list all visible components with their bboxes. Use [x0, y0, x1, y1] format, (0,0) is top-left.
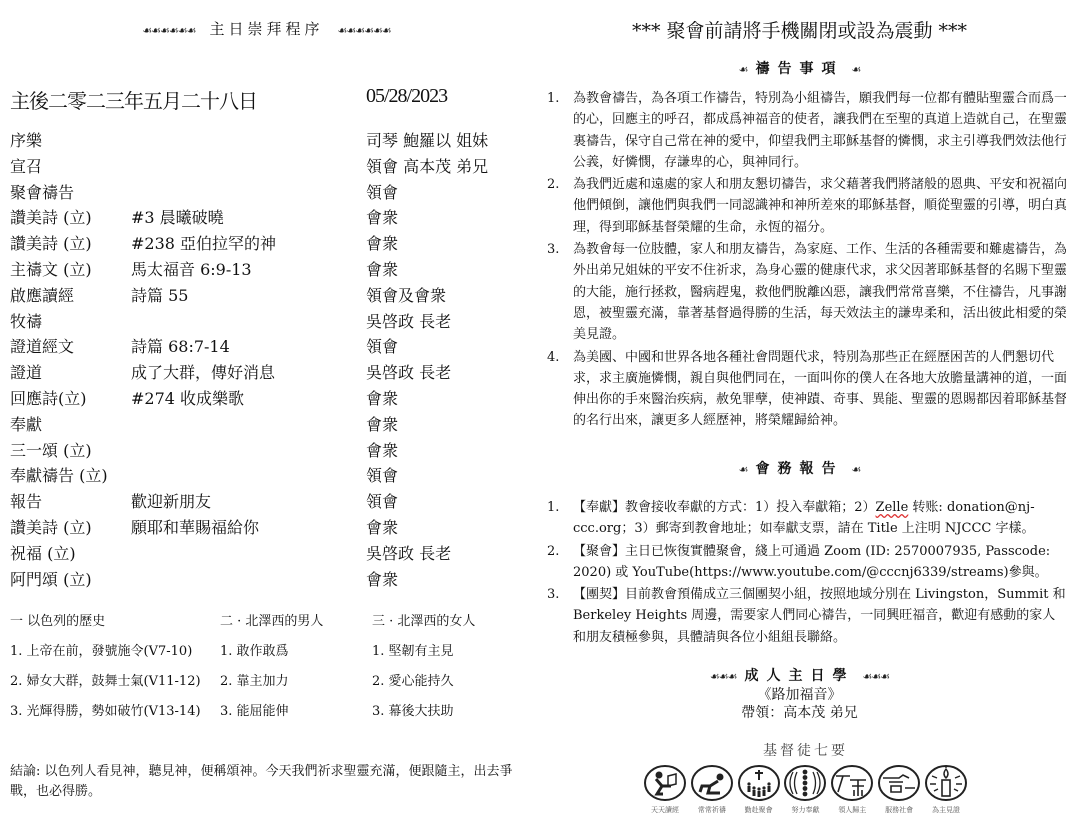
order-item: 祝福 (立) [10, 543, 76, 565]
sermon-outline: 一 以色列的歷史 二 · 北澤西的男人 三 · 北澤西的女人 1. 上帝在前，發… [10, 610, 530, 730]
order-item: 聚會禱告 [10, 182, 74, 204]
report-item: 1.【奉獻】教會接收奉獻的方式：1）投入奉獻箱；2）Zelle 转账: dona… [547, 497, 1066, 540]
order-detail: 詩篇 55 [131, 285, 188, 307]
essential-label: 服務社會 [885, 805, 913, 815]
order-leader: 領會 高本茂 弟兄 [366, 156, 488, 178]
ornament-icon: ☙☙☙ [863, 670, 890, 683]
order-detail: #3 晨曦破曉 [131, 207, 224, 229]
order-item: 牧禱 [10, 311, 42, 333]
outline-point: 3. 能屈能伸 [220, 700, 289, 719]
order-item: 啟應讀經 [10, 285, 74, 307]
zelle-text: Zelle [876, 500, 909, 515]
item-text: 為我們近處和遠處的家人和朋友懇切禱告，求父藉著我們將諸般的恩典、平安和祝福向他們… [573, 177, 1066, 235]
order-item: 證道經文 [10, 336, 74, 358]
order-detail: 歡迎新朋友 [131, 491, 211, 513]
church-gathering-icon [737, 764, 781, 802]
item-text: 為教會每一位肢體，家人和朋友禱告，為家庭、工作、生活的各種需要和難處禱告，為外出… [573, 242, 1066, 342]
order-row: 牧禱吳啓政 長老 [10, 311, 530, 337]
order-item: 證道 [10, 362, 42, 384]
essential-item: 為主見證 [924, 764, 968, 815]
report-item: 3.【團契】目前教會預備成立三個團契小組，按照地域分別在 Livingston，… [547, 584, 1066, 648]
order-item: 回應詩(立) [10, 388, 87, 410]
order-leader: 會衆 [366, 259, 398, 281]
order-leader: 吳啓政 長老 [366, 362, 451, 384]
outline-points-row: 1. 上帝在前，發號施令(V7-10) 1. 敢作敢爲 1. 堅韌有主見 [10, 640, 530, 670]
order-row: 證道成了大群，傳好消息吳啓政 長老 [10, 362, 530, 388]
essential-item: 常常祈禱 [690, 764, 734, 815]
order-leader: 會衆 [366, 207, 398, 229]
outline-points-row: 2. 婦女大群，鼓舞士氣(V11-12) 2. 靠主加力 2. 愛心能持久 [10, 670, 530, 700]
order-leader: 領會 [366, 182, 398, 204]
essential-label: 領人歸主 [838, 805, 866, 815]
kneeling-prayer-icon [690, 764, 734, 802]
heading-text: 成人主日學 [745, 668, 855, 684]
order-row: 奉獻禱告 (立)領會 [10, 465, 530, 491]
ornament-icon: ☙☙☙☙☙☙ [338, 24, 391, 37]
order-leader: 領會 [366, 491, 398, 513]
order-leader: 領會及會衆 [366, 285, 446, 307]
order-row: 讚美詩 (立)#3 晨曦破曉會衆 [10, 207, 530, 233]
order-leader: 領會 [366, 465, 398, 487]
order-item: 讚美詩 (立) [10, 207, 92, 229]
order-leader: 會衆 [366, 517, 398, 539]
order-item: 讚美詩 (立) [10, 233, 92, 255]
item-number: 3. [547, 239, 559, 260]
prayer-list: 1.為教會禱告，為各項工作禱告，特別為小組禱告，願我們每一位都有體貼聖靈合而爲一… [547, 88, 1066, 433]
order-row: 三一頌 (立)會衆 [10, 440, 530, 466]
ornament-icon: ☙ [739, 463, 748, 476]
outline-point: 1. 上帝在前，發號施令(V7-10) [10, 640, 192, 659]
order-detail: 願耶和華賜福給你 [131, 517, 259, 539]
order-item: 主禱文 (立) [10, 259, 92, 281]
prayer-item: 1.為教會禱告，為各項工作禱告，特別為小組禱告，願我們每一位都有體貼聖靈合而爲一… [547, 88, 1066, 173]
prayer-item: 3.為教會每一位肢體，家人和朋友禱告，為家庭、工作、生活的各種需要和難處禱告，為… [547, 239, 1066, 345]
prayer-item: 2.為我們近處和遠處的家人和朋友懇切禱告，求父藉著我們將諸般的恩典、平安和祝福向… [547, 174, 1066, 238]
order-leader: 領會 [366, 336, 398, 358]
essential-label: 天天讀經 [651, 805, 679, 815]
adult-school-book: 《路加福音》 [533, 686, 1066, 704]
seven-essentials-title: 基督徒七要 [643, 740, 968, 760]
adult-school-leader: 帶領：高本茂 弟兄 [533, 704, 1066, 722]
order-item: 序樂 [10, 130, 42, 152]
outline-point: 3. 幕後大扶助 [372, 700, 454, 719]
item-number: 2. [547, 541, 559, 562]
essential-item: 領人歸主 [830, 764, 874, 815]
order-row: 聚會禱告領會 [10, 182, 530, 208]
outline-point: 2. 靠主加力 [220, 670, 289, 689]
order-row: 讚美詩 (立)#238 亞伯拉罕的神會衆 [10, 233, 530, 259]
essential-label: 努力奉獻 [791, 805, 819, 815]
announcements-page: *** 聚會前請將手機關閉或設為震動 *** ☙禱告事項☙ 1.為教會禱告，為各… [533, 0, 1066, 823]
lead-to-lord-icon [830, 764, 874, 802]
order-row: 讚美詩 (立)願耶和華賜福給你會衆 [10, 517, 530, 543]
ornament-icon: ☙☙☙ [710, 670, 737, 683]
order-row: 序樂司琴 鮑羅以 姐妹 [10, 130, 530, 156]
phone-notice: *** 聚會前請將手機關閉或設為震動 *** [533, 16, 1066, 43]
offering-fish-icon [783, 764, 827, 802]
order-leader: 會衆 [366, 388, 398, 410]
order-row: 回應詩(立)#274 收成樂歌會衆 [10, 388, 530, 414]
order-leader: 會衆 [366, 569, 398, 591]
seven-essentials: 基督徒七要 天天讀經 常常祈禱 勤赴聚會 努力奉獻 領人歸主 [643, 740, 968, 815]
seven-essentials-icons: 天天讀經 常常祈禱 勤赴聚會 努力奉獻 領人歸主 服務社會 [643, 764, 968, 815]
title-text: 主日崇拜程序 [209, 20, 323, 38]
order-row: 祝福 (立)吳啓政 長老 [10, 543, 530, 569]
order-leader: 司琴 鮑羅以 姐妹 [366, 130, 488, 152]
candle-witness-icon [924, 764, 968, 802]
outline-point: 2. 婦女大群，鼓舞士氣(V11-12) [10, 670, 201, 689]
order-leader: 會衆 [366, 414, 398, 436]
order-item: 宣召 [10, 156, 42, 178]
report-list: 1.【奉獻】教會接收奉獻的方式：1）投入奉獻箱；2）Zelle 转账: dona… [547, 497, 1066, 649]
order-row: 啟應讀經詩篇 55領會及會衆 [10, 285, 530, 311]
order-leader: 吳啓政 長老 [366, 543, 451, 565]
order-detail: 馬太福音 6:9-13 [131, 259, 252, 281]
adult-school-heading: ☙☙☙成人主日學☙☙☙ [533, 667, 1066, 686]
outline-heading: 一 以色列的歷史 [10, 610, 105, 629]
outline-heading: 二 · 北澤西的男人 [220, 610, 323, 629]
order-row: 阿門頌 (立)會衆 [10, 569, 530, 595]
order-row: 主禱文 (立)馬太福音 6:9-13會衆 [10, 259, 530, 285]
item-number: 2. [547, 174, 559, 195]
order-detail: 成了大群，傳好消息 [131, 362, 275, 384]
ornament-icon: ☙ [739, 63, 748, 76]
outline-headings: 一 以色列的歷史 二 · 北澤西的男人 三 · 北澤西的女人 [10, 610, 530, 640]
outline-point: 3. 光輝得勝，勢如破竹(V13-14) [10, 700, 201, 719]
essential-label: 為主見證 [932, 805, 960, 815]
outline-point: 2. 愛心能持久 [372, 670, 454, 689]
essential-item: 服務社會 [877, 764, 921, 815]
essential-label: 常常祈禱 [698, 805, 726, 815]
item-text: 【奉獻】教會接收奉獻的方式：1）投入奉獻箱；2） [573, 500, 876, 515]
item-number: 4. [547, 347, 559, 368]
outline-points-row: 3. 光輝得勝，勢如破竹(V13-14) 3. 能屈能伸 3. 幕後大扶助 [10, 700, 530, 730]
prayer-item: 4.為美國、中國和世界各地各種社會問題代求，特別為那些正在經歷困苦的人們懇切代求… [547, 347, 1066, 432]
item-number: 1. [547, 88, 559, 109]
order-row: 奉獻會衆 [10, 414, 530, 440]
worship-order-title: ☙☙☙☙☙☙主日崇拜程序☙☙☙☙☙☙ [0, 18, 533, 39]
order-item: 報告 [10, 491, 42, 513]
order-item: 阿門頌 (立) [10, 569, 92, 591]
order-row: 宣召領會 高本茂 弟兄 [10, 156, 530, 182]
order-detail: #238 亞伯拉罕的神 [131, 233, 276, 255]
item-number: 1. [547, 497, 559, 518]
reading-bible-icon [643, 764, 687, 802]
order-item: 奉獻禱告 (立) [10, 465, 108, 487]
item-text: 【聚會】主日已恢復實體聚會，綫上可通過 Zoom (ID: 2570007935… [573, 544, 1050, 580]
heading-text: 會務報告 [756, 461, 844, 477]
order-detail: 詩篇 68:7-14 [131, 336, 230, 358]
order-row: 證道經文詩篇 68:7-14領會 [10, 336, 530, 362]
ornament-icon: ☙ [852, 463, 861, 476]
item-text: 為美國、中國和世界各地各種社會問題代求，特別為那些正在經歷困苦的人們懇切代求，求… [573, 350, 1066, 429]
order-item: 奉獻 [10, 414, 42, 436]
report-heading: ☙會務報告☙ [533, 458, 1066, 478]
report-item: 2.【聚會】主日已恢復實體聚會，綫上可通過 Zoom (ID: 25700079… [547, 541, 1066, 584]
heading-text: 禱告事項 [756, 61, 844, 77]
item-text: 為教會禱告，為各項工作禱告，特別為小組禱告，願我們每一位都有體貼聖靈合而爲一的心… [573, 91, 1066, 170]
outline-point: 1. 敢作敢爲 [220, 640, 289, 659]
worship-order-page: ☙☙☙☙☙☙主日崇拜程序☙☙☙☙☙☙ 主後二零二三年五月二十八日 05/28/2… [0, 0, 533, 823]
essential-item: 努力奉獻 [783, 764, 827, 815]
order-row: 報告歡迎新朋友領會 [10, 491, 530, 517]
order-item: 三一頌 (立) [10, 440, 92, 462]
date-chinese: 主後二零二三年五月二十八日 [10, 85, 257, 114]
order-leader: 吳啓政 長老 [366, 311, 451, 333]
ornament-icon: ☙ [852, 63, 861, 76]
prayer-heading: ☙禱告事項☙ [533, 58, 1066, 78]
essential-label: 勤赴聚會 [745, 805, 773, 815]
outline-heading: 三 · 北澤西的女人 [372, 610, 475, 629]
item-text: 【團契】目前教會預備成立三個團契小組，按照地域分別在 Livingston，Su… [573, 587, 1066, 645]
serve-society-icon [877, 764, 921, 802]
sermon-conclusion: 結論: 以色列人看見神，聽見神，便稱頌神。今天我們祈求聖靈充滿，便跟隨主，出去爭… [10, 762, 520, 802]
date-numeric: 05/28/2023 [366, 85, 447, 108]
adult-sunday-school: ☙☙☙成人主日學☙☙☙ 《路加福音》 帶領：高本茂 弟兄 [533, 667, 1066, 722]
essential-item: 天天讀經 [643, 764, 687, 815]
essential-item: 勤赴聚會 [737, 764, 781, 815]
order-leader: 會衆 [366, 440, 398, 462]
order-of-service: 序樂司琴 鮑羅以 姐妹宣召領會 高本茂 弟兄聚會禱告領會讚美詩 (立)#3 晨曦… [10, 130, 530, 594]
outline-point: 1. 堅韌有主見 [372, 640, 454, 659]
item-number: 3. [547, 584, 559, 605]
order-detail: #274 收成樂歌 [131, 388, 244, 410]
order-leader: 會衆 [366, 233, 398, 255]
order-item: 讚美詩 (立) [10, 517, 92, 539]
ornament-icon: ☙☙☙☙☙☙ [142, 24, 195, 37]
